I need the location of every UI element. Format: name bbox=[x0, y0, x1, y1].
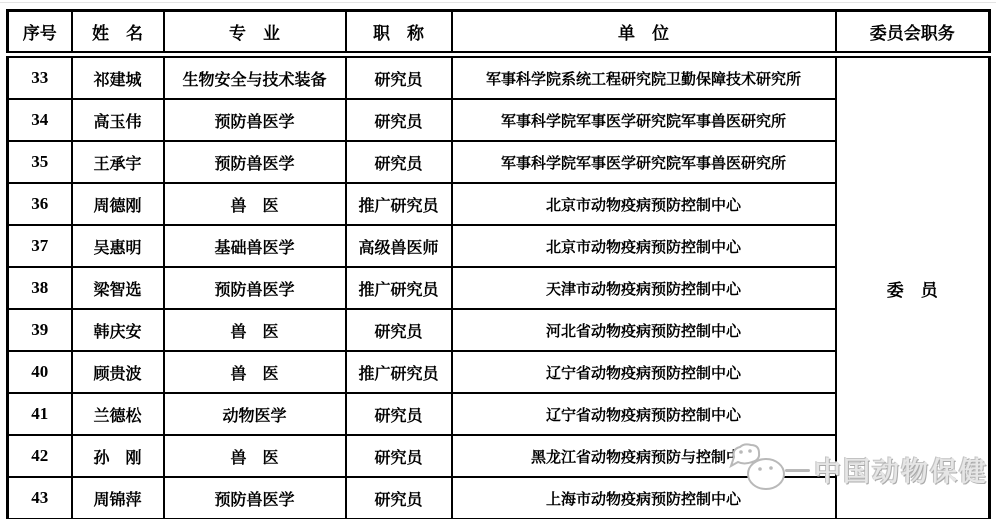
no-cell: 39 bbox=[8, 309, 72, 351]
committee-role-cell: 委 员 bbox=[836, 55, 990, 519]
unit-cell: 北京市动物疫病预防控制中心 bbox=[452, 225, 836, 267]
name-cell: 顾贵波 bbox=[72, 351, 164, 393]
no-cell: 40 bbox=[8, 351, 72, 393]
no-cell: 37 bbox=[8, 225, 72, 267]
unit-cell: 辽宁省动物疫病预防控制中心 bbox=[452, 393, 836, 435]
name-cell: 吴惠明 bbox=[72, 225, 164, 267]
title-cell: 推广研究员 bbox=[346, 267, 452, 309]
title-cell: 推广研究员 bbox=[346, 183, 452, 225]
name-cell: 王承宇 bbox=[72, 141, 164, 183]
major-cell: 兽 医 bbox=[164, 435, 346, 477]
no-cell: 43 bbox=[8, 477, 72, 519]
column-header-major: 专 业 bbox=[164, 11, 346, 55]
unit-cell: 军事科学院军事医学研究院军事兽医研究所 bbox=[452, 141, 836, 183]
major-cell: 预防兽医学 bbox=[164, 99, 346, 141]
name-cell: 周锦萍 bbox=[72, 477, 164, 519]
major-cell: 预防兽医学 bbox=[164, 267, 346, 309]
unit-cell: 军事科学院军事医学研究院军事兽医研究所 bbox=[452, 99, 836, 141]
no-cell: 42 bbox=[8, 435, 72, 477]
name-cell: 梁智选 bbox=[72, 267, 164, 309]
title-cell: 高级兽医师 bbox=[346, 225, 452, 267]
unit-cell: 天津市动物疫病预防控制中心 bbox=[452, 267, 836, 309]
column-header-title: 职 称 bbox=[346, 11, 452, 55]
page: { "table": { "columns": [ { "key": "no",… bbox=[0, 0, 996, 519]
title-cell: 研究员 bbox=[346, 309, 452, 351]
major-cell: 兽 医 bbox=[164, 351, 346, 393]
committee-member-table: 序号姓 名专 业职 称单 位委员会职务 33祁建城生物安全与技术装备研究员军事科… bbox=[6, 9, 991, 519]
unit-cell: 北京市动物疫病预防控制中心 bbox=[452, 183, 836, 225]
unit-cell: 黑龙江省动物疫病预防与控制中心 bbox=[452, 435, 836, 477]
major-cell: 生物安全与技术装备 bbox=[164, 55, 346, 100]
major-cell: 兽 医 bbox=[164, 183, 346, 225]
title-cell: 研究员 bbox=[346, 141, 452, 183]
table-header-row: 序号姓 名专 业职 称单 位委员会职务 bbox=[8, 11, 990, 55]
major-cell: 预防兽医学 bbox=[164, 141, 346, 183]
title-cell: 推广研究员 bbox=[346, 351, 452, 393]
title-cell: 研究员 bbox=[346, 99, 452, 141]
name-cell: 高玉伟 bbox=[72, 99, 164, 141]
no-cell: 36 bbox=[8, 183, 72, 225]
name-cell: 孙 刚 bbox=[72, 435, 164, 477]
name-cell: 韩庆安 bbox=[72, 309, 164, 351]
title-cell: 研究员 bbox=[346, 55, 452, 100]
no-cell: 41 bbox=[8, 393, 72, 435]
name-cell: 兰德松 bbox=[72, 393, 164, 435]
title-cell: 研究员 bbox=[346, 393, 452, 435]
major-cell: 动物医学 bbox=[164, 393, 346, 435]
table-row: 33祁建城生物安全与技术装备研究员军事科学院系统工程研究院卫勤保障技术研究所委 … bbox=[8, 55, 990, 100]
unit-cell: 河北省动物疫病预防控制中心 bbox=[452, 309, 836, 351]
major-cell: 预防兽医学 bbox=[164, 477, 346, 519]
column-header-role: 委员会职务 bbox=[836, 11, 990, 55]
no-cell: 34 bbox=[8, 99, 72, 141]
no-cell: 33 bbox=[8, 55, 72, 100]
unit-cell: 辽宁省动物疫病预防控制中心 bbox=[452, 351, 836, 393]
unit-cell: 上海市动物疫病预防控制中心 bbox=[452, 477, 836, 519]
major-cell: 兽 医 bbox=[164, 309, 346, 351]
column-header-name: 姓 名 bbox=[72, 11, 164, 55]
no-cell: 35 bbox=[8, 141, 72, 183]
title-cell: 研究员 bbox=[346, 477, 452, 519]
title-cell: 研究员 bbox=[346, 435, 452, 477]
major-cell: 基础兽医学 bbox=[164, 225, 346, 267]
column-header-unit: 单 位 bbox=[452, 11, 836, 55]
unit-cell: 军事科学院系统工程研究院卫勤保障技术研究所 bbox=[452, 55, 836, 100]
top-edge-artifact bbox=[0, 2, 996, 3]
column-header-no: 序号 bbox=[8, 11, 72, 55]
name-cell: 周德刚 bbox=[72, 183, 164, 225]
no-cell: 38 bbox=[8, 267, 72, 309]
name-cell: 祁建城 bbox=[72, 55, 164, 100]
